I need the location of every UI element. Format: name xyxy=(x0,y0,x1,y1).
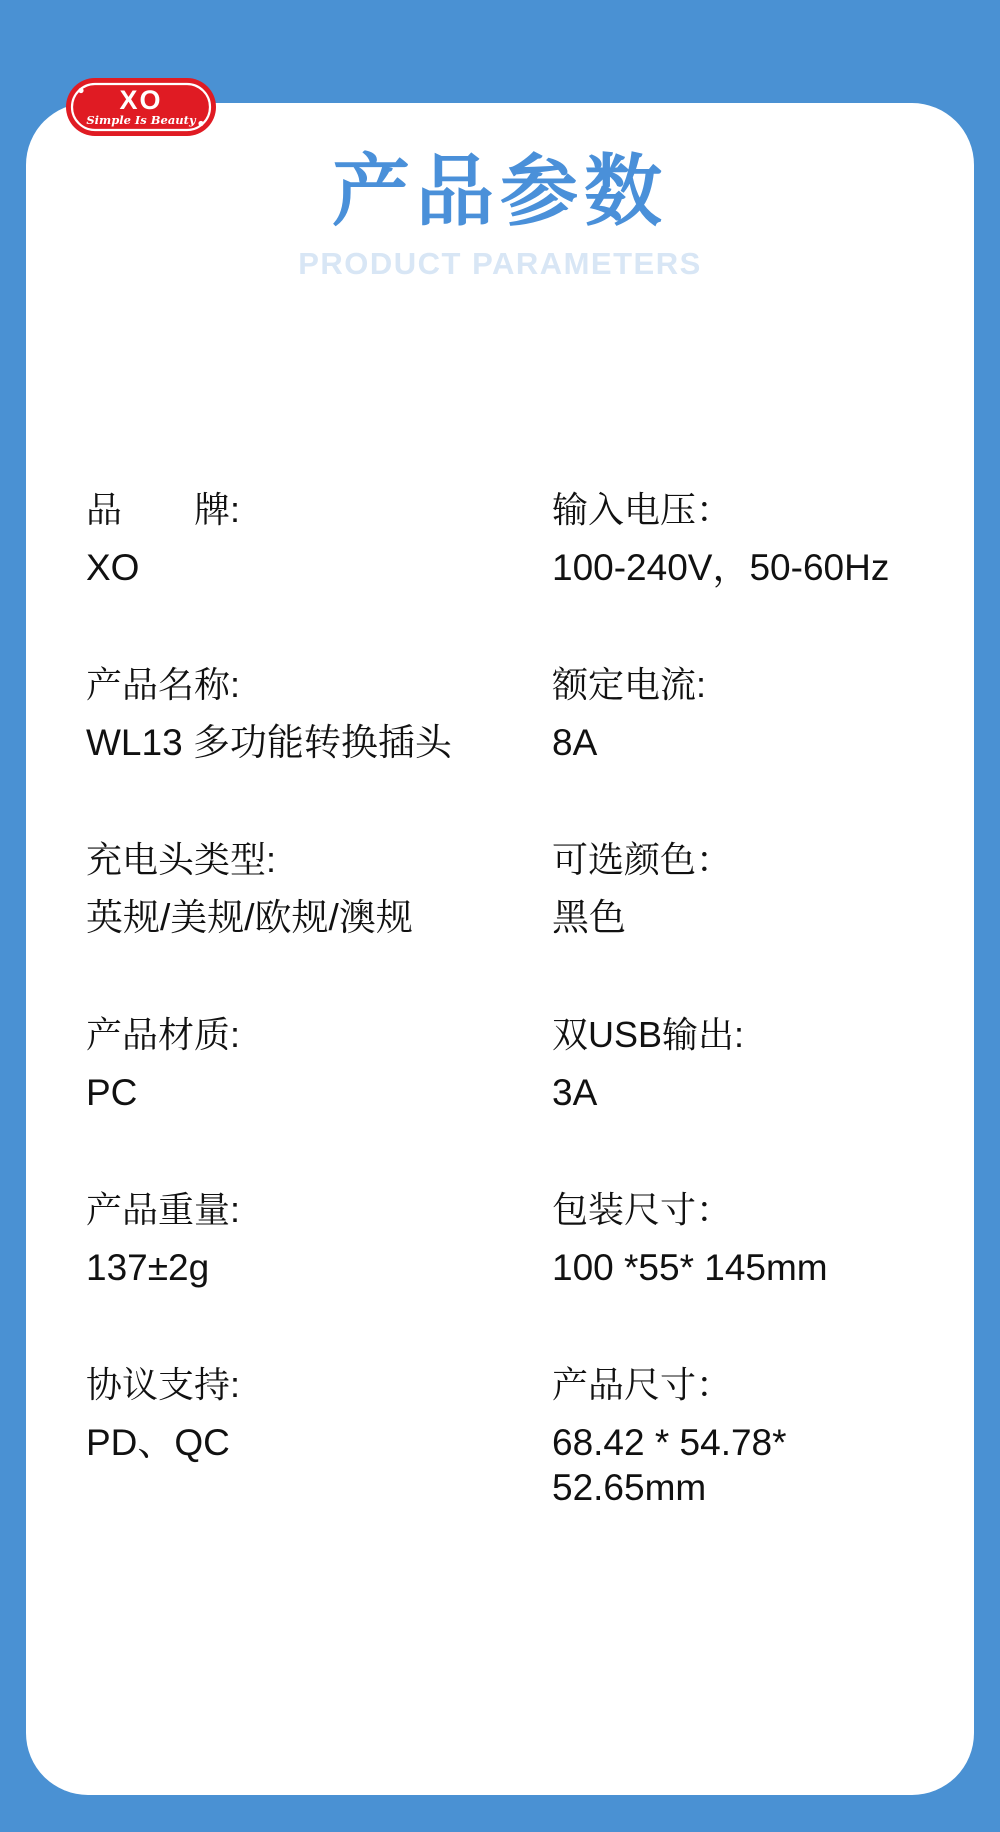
spec-weight: 产品重量: 137±2g xyxy=(86,1188,552,1291)
spec-usb-output: 双USB输出: 3A xyxy=(552,1013,916,1116)
page-title: 产品参数 xyxy=(0,152,1000,230)
spec-label: 协议支持: xyxy=(86,1363,552,1406)
spec-row-material-usb: 产品材质: PC 双USB输出: 3A xyxy=(86,1013,916,1188)
spec-rated-current: 额定电流: 8A xyxy=(552,663,916,766)
spec-product-size: 产品尺寸： 68.42 * 54.78* 52.65mm xyxy=(552,1363,916,1510)
spec-label: 产品尺寸： xyxy=(552,1363,916,1406)
spec-value: 100 *55* 145mm xyxy=(552,1246,916,1290)
spec-value: XO xyxy=(86,546,552,590)
spec-value: 137±2g xyxy=(86,1246,552,1290)
spec-value: 68.42 * 54.78* 52.65mm xyxy=(552,1421,916,1510)
spec-value: PC xyxy=(86,1071,552,1115)
svg-text:XO: XO xyxy=(119,85,162,115)
spec-value: 英规/美规/欧规/澳规 xyxy=(86,896,552,940)
page-subtitle: PRODUCT PARAMETERS xyxy=(0,248,1000,279)
spec-value: 3A xyxy=(552,1071,916,1115)
logo-tagline: Simple Is Beauty xyxy=(86,113,197,127)
spec-table: 品 牌: XO 输入电压： 100-240V，50-60Hz 产品名称: WL1… xyxy=(86,488,916,1538)
spec-value: WL13 多功能转换插头 xyxy=(86,721,552,765)
spec-product-name: 产品名称: WL13 多功能转换插头 xyxy=(86,663,552,766)
page-header: 产品参数 PRODUCT PARAMETERS xyxy=(0,152,1000,279)
spec-label: 额定电流: xyxy=(552,663,916,706)
spec-label: 品 牌: xyxy=(86,488,552,531)
xo-brand-logo: XO Simple Is Beauty xyxy=(66,78,216,136)
spec-brand: 品 牌: XO xyxy=(86,488,552,591)
spec-row-brand-voltage: 品 牌: XO 输入电压： 100-240V，50-60Hz xyxy=(86,488,916,663)
spec-row-protocol-size: 协议支持: PD、QC 产品尺寸： 68.42 * 54.78* 52.65mm xyxy=(86,1363,916,1538)
spec-value: 黑色 xyxy=(552,896,916,940)
spec-row-name-current: 产品名称: WL13 多功能转换插头 额定电流: 8A xyxy=(86,663,916,838)
spec-label: 产品重量: xyxy=(86,1188,552,1231)
spec-row-weight-package: 产品重量: 137±2g 包装尺寸： 100 *55* 145mm xyxy=(86,1188,916,1363)
spec-value: 8A xyxy=(552,721,916,765)
spec-label: 输入电压： xyxy=(552,488,916,531)
spec-plug-type: 充电头类型: 英规/美规/欧规/澳规 xyxy=(86,838,552,941)
spec-protocol: 协议支持: PD、QC xyxy=(86,1363,552,1466)
spec-color-options: 可选颜色： 黑色 xyxy=(552,838,916,941)
spec-label: 双USB输出: xyxy=(552,1013,916,1056)
spec-input-voltage: 输入电压： 100-240V，50-60Hz xyxy=(552,488,916,591)
spec-label: 充电头类型: xyxy=(86,838,552,881)
spec-label: 产品名称: xyxy=(86,663,552,706)
spec-label: 包装尺寸： xyxy=(552,1188,916,1231)
spec-label: 可选颜色： xyxy=(552,838,916,881)
spec-label: 产品材质: xyxy=(86,1013,552,1056)
xo-logo-badge-icon: XO Simple Is Beauty xyxy=(66,78,216,136)
spec-package-size: 包装尺寸： 100 *55* 145mm xyxy=(552,1188,916,1291)
spec-row-plug-color: 充电头类型: 英规/美规/欧规/澳规 可选颜色： 黑色 xyxy=(86,838,916,1013)
spec-value: PD、QC xyxy=(86,1421,552,1465)
spec-material: 产品材质: PC xyxy=(86,1013,552,1116)
spec-value: 100-240V，50-60Hz xyxy=(552,546,916,590)
